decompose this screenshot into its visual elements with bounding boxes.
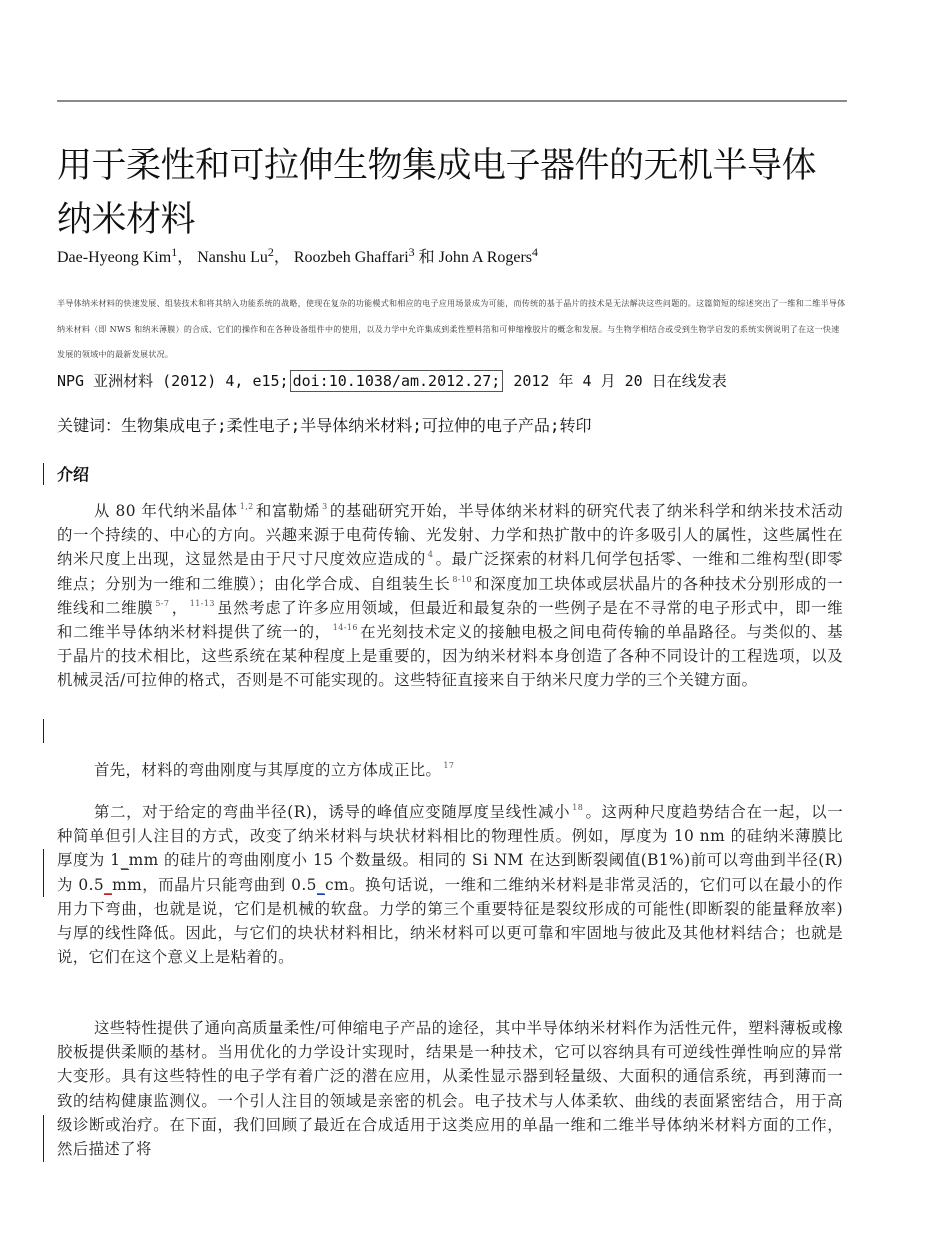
author-affiliation-mark: 4: [532, 245, 538, 259]
tracked-change-mark: _: [121, 851, 129, 870]
section-heading-introduction: 介绍: [57, 462, 89, 485]
text-run: ，: [171, 599, 187, 617]
citation-line: NPG 亚洲材料 (2012) 4, e15;doi:10.1038/am.20…: [57, 370, 727, 391]
author-name: Roozbeh Ghaffari: [294, 249, 409, 266]
change-bar: [43, 849, 44, 897]
paper-title: 用于柔性和可拉伸生物集成电子器件的无机半导体纳米材料: [57, 139, 847, 247]
reference-mark[interactable]: 1,2: [238, 502, 256, 511]
paragraph-2: 首先，材料的弯曲刚度与其厚度的立方体成正比。17: [57, 758, 843, 782]
reference-mark[interactable]: 5-7: [153, 599, 171, 608]
change-bar: [43, 719, 44, 743]
text-run: 首先，材料的弯曲刚度与其厚度的立方体成正比。: [94, 761, 441, 779]
text-run: mm，而晶片只能弯曲到 0.5: [112, 876, 317, 894]
reference-mark[interactable]: 17: [441, 761, 456, 770]
publication-date: 2012 年 4 月 20 日在线发表: [504, 372, 726, 390]
reference-mark[interactable]: 4: [426, 550, 436, 559]
doi-link[interactable]: doi:10.1038/am.2012.27;: [290, 370, 504, 392]
reference-mark[interactable]: 8-10: [450, 575, 474, 584]
change-bar: [43, 463, 44, 485]
reference-mark[interactable]: 3: [320, 502, 330, 511]
abstract: 半导体纳米材料的快速发展、组装技术和将其纳入功能系统的战略，使现在复杂的功能模式…: [57, 291, 847, 368]
text-run: 和富勒烯: [256, 502, 320, 520]
paragraph-1: 从 80 年代纳米晶体1,2和富勒烯3的基础研究开始，半导体纳米材料的研究代表了…: [57, 499, 843, 693]
paragraph-3: 第二，对于给定的弯曲半径(R)，诱导的峰值应变随厚度呈线性减小18。这两种尺度趋…: [57, 800, 843, 969]
text-run: 从 80 年代纳米晶体: [94, 502, 238, 520]
reference-mark[interactable]: 11-13: [188, 599, 217, 608]
text-run: 第二，对于给定的弯曲半径(R)，诱导的峰值应变随厚度呈线性减小: [94, 803, 570, 821]
tracked-change-mark: _: [104, 876, 112, 895]
text-run: 这些特性提供了通向高质量柔性/可伸缩电子产品的途径，其中半导体纳米材料作为活性元…: [57, 1019, 843, 1158]
paragraph-4: 这些特性提供了通向高质量柔性/可伸缩电子产品的途径，其中半导体纳米材料作为活性元…: [57, 1016, 843, 1161]
author-list: Dae-Hyeong Kim1， Nanshu Lu2， Roozbeh Gha…: [57, 244, 538, 267]
author-separator: ，: [177, 249, 193, 266]
author-name: Dae-Hyeong Kim: [57, 249, 171, 266]
keywords: 关键词：生物集成电子;柔性电子;半导体纳米材料;可拉伸的电子产品;转印: [57, 413, 592, 436]
author-separator: 和: [415, 249, 439, 266]
change-bar: [43, 1115, 44, 1162]
author-separator: ，: [274, 249, 290, 266]
author-name: John A Rogers: [439, 249, 532, 266]
top-rule: [57, 100, 847, 102]
journal-reference: NPG 亚洲材料 (2012) 4, e15;: [57, 372, 289, 390]
author-name: Nanshu Lu: [197, 249, 268, 266]
reference-mark[interactable]: 14-16: [331, 623, 360, 632]
reference-mark[interactable]: 18: [570, 803, 585, 812]
tracked-change-mark: _: [317, 876, 325, 895]
